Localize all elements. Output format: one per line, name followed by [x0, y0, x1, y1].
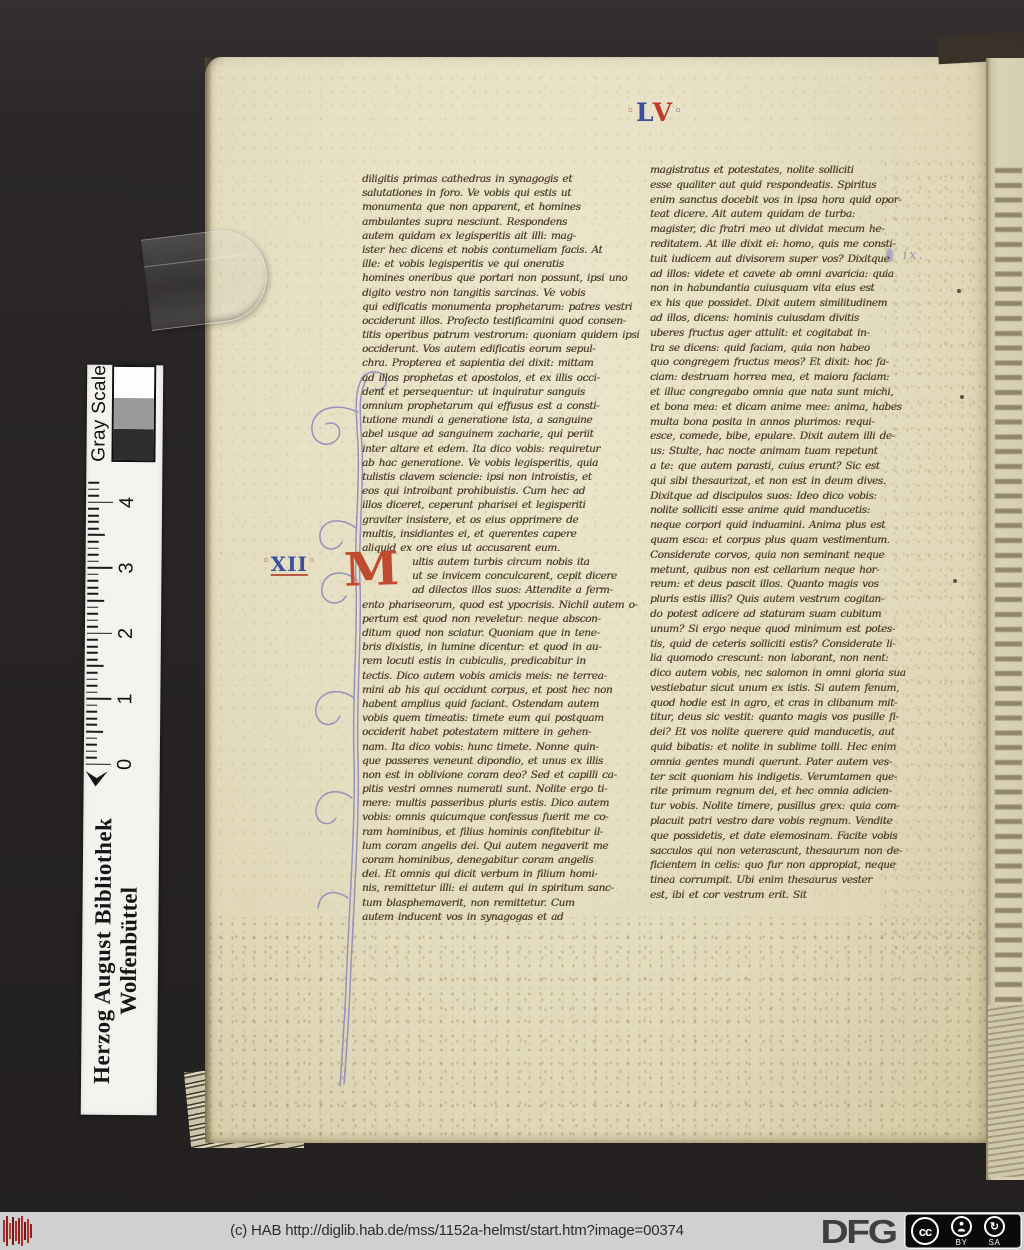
ruler-tick — [86, 698, 111, 700]
ruler-tick — [87, 619, 98, 621]
manuscript-text-line: rem locuti estis in cubiculis, predicabi… — [362, 654, 642, 668]
manuscript-text-line: Considerate corvos, quia non seminant ne… — [650, 548, 930, 563]
manuscript-text-line: occiderunt illos. Profecto testificamini… — [362, 314, 642, 328]
ruler-tick — [86, 685, 97, 687]
ruler-tick — [88, 554, 99, 556]
cc-sa-arrow-icon: ↻ — [984, 1216, 1005, 1237]
ruler-tick — [87, 665, 104, 667]
manuscript-text-line: quid bibatis: et nolite in sublime tolli… — [650, 740, 930, 755]
rubric-ring-icon: ◦ — [626, 104, 636, 119]
manuscript-text-line: tulistis clavem sciencie: ipsi non intro… — [362, 470, 642, 484]
manuscript-text-line: multis, insidiantes ei, et querentes cap… — [362, 527, 642, 541]
cc-by-label: BY — [956, 1238, 968, 1247]
marginal-note: ix. — [903, 248, 925, 263]
manuscript-text-line: dent et persequentur: ut inquiratur sang… — [362, 385, 642, 399]
manuscript-text-line: vobis quem timeatis: timete eum qui post… — [362, 711, 642, 725]
manuscript-text-line: rite primum regnum dei, et hec omnia adi… — [650, 784, 930, 799]
next-page-text-showthrough — [995, 168, 1022, 1013]
manuscript-text-line: tis, quid de ceteris solliciti estis? Co… — [650, 637, 930, 652]
manuscript-text-line: est, ibi et cor vestrum erit. Sit — [650, 888, 930, 903]
copyright-url-text: (c) HAB http://diglib.hab.de/mss/1152a-h… — [120, 1212, 794, 1250]
gray-scale-block: Gray Scale — [86, 365, 156, 463]
ruler-tick — [88, 501, 113, 503]
manuscript-text-line: esse qualiter aut quid respondeatis. Spi… — [650, 178, 930, 193]
cc-by-sa-badge: cc BY ↻ SA — [904, 1213, 1022, 1249]
manuscript-text-line: sacculos qui non veterascunt, thesaurum … — [650, 844, 930, 859]
ruler-tick — [87, 567, 112, 569]
manuscript-text-line: vestiebatur sicut unum ex istis. Si aute… — [650, 681, 930, 696]
ruler-tick — [88, 521, 99, 523]
gray-scale-label: Gray Scale — [88, 365, 111, 462]
arrow-mark-icon — [86, 771, 108, 787]
manuscript-text-line: digito vestro non tangitis sarcinas. Ve … — [362, 286, 642, 300]
manuscript-text-line: ento phariseorum, quod est ypocrisis. Ni… — [362, 598, 642, 612]
manuscript-text-line: occiderunt. Vos autem edificatis eorum s… — [362, 342, 642, 356]
manuscript-text-line: illos diceret, ceperunt pharisei et legi… — [362, 498, 642, 512]
ruler-tick — [87, 587, 98, 589]
manuscript-text-line: nolite solliciti esse anime quid manduce… — [650, 503, 930, 518]
manuscript-text-line: ambulantes supra nesciunt. Respondens — [362, 215, 642, 229]
parchment-flaw — [957, 289, 961, 293]
manuscript-text-line: lum coram angelis dei. Qui autem negaver… — [362, 839, 642, 853]
manuscript-text-line: chra. Propterea et sapientia dei dixit: … — [362, 356, 642, 370]
manuscript-text-line: titur, deus sic vestit: quanto magis vos… — [650, 710, 930, 725]
ruler-tick — [88, 560, 99, 562]
manuscript-text-line: quo congregem fructus meos? Et dixit: ho… — [650, 355, 930, 370]
manuscript-text-line: pertum est quod non reveletur: neque abs… — [362, 612, 642, 626]
ruler-tick — [86, 711, 97, 713]
chapter-number: XII — [271, 552, 308, 576]
manuscript-text-line: dico autem vobis, nec salomon in omni gl… — [650, 666, 930, 681]
manuscript-text-line: magister, dic fratri meo ut dividat mecu… — [650, 222, 930, 237]
manuscript-text-line: occiderit habet potestatem mittere in ge… — [362, 725, 642, 739]
manuscript-text-line: tum blasphemaverit, non remittetur. Cum — [362, 896, 642, 910]
manuscript-text-line: salutationes in foro. Ve vobis qui estis… — [362, 186, 642, 200]
manuscript-text-line: pluris estis illis? Quis autem vestrum c… — [650, 592, 930, 607]
institution-name: Herzog August Bibliothek — [89, 787, 118, 1115]
manuscript-text-line: dei? Et vos nolite querere quid manducet… — [650, 725, 930, 740]
manuscript-text-line: habent amplius quid faciant. Ostendam au… — [362, 697, 642, 711]
parchment-flaw — [960, 395, 964, 399]
ruler-number: 1 — [114, 689, 137, 709]
status-bar: (c) HAB http://diglib.hab.de/mss/1152a-h… — [0, 1212, 1024, 1250]
manuscript-text-line: us: Stulte, hac nocte animam tuam repetu… — [650, 444, 930, 459]
ruler-tick — [88, 508, 99, 510]
ruler-tick — [88, 541, 99, 543]
manuscript-text-line: magistratus et potestates, nolite sollic… — [650, 163, 930, 178]
manuscript-text-line: homines oneribus que portari non possunt… — [362, 271, 642, 285]
registration-bar — [12, 1217, 14, 1245]
ruler-tick — [86, 731, 103, 733]
manuscript-text-line: diligitis primas cathedras in synagogis … — [362, 172, 642, 186]
registration-bar — [6, 1216, 8, 1246]
folio-number-header: ◦LV◦ — [585, 98, 725, 127]
ruler-tick — [88, 515, 99, 517]
ruler-tick — [87, 573, 98, 575]
manuscript-text-line: mere: multis passeribus pluris estis. Di… — [362, 796, 642, 810]
cc-sa-label: SA — [989, 1238, 1001, 1247]
ruler-tick — [86, 691, 97, 693]
registration-mark-icon — [3, 1215, 32, 1247]
ruler-tick — [87, 580, 98, 582]
manuscript-text-line: et illuc congregabo omnia que nata sunt … — [650, 385, 930, 400]
ruler-tick — [87, 626, 98, 628]
manuscript-text-line: pitis vestri omnes numerati sunt. Nolite… — [362, 782, 642, 796]
folio-letter-red: V — [653, 98, 674, 127]
manuscript-text-line: qui sibi thesaurizat, et non est in deum… — [650, 474, 930, 489]
manuscript-text-line: vobis: omnis quicumque confessus fuerit … — [362, 810, 642, 824]
manuscript-text-line: quod hodie est in agro, et cras in cliba… — [650, 696, 930, 711]
manuscript-text-line: enim sanctus docebit vos in ipsa hora qu… — [650, 193, 930, 208]
manuscript-text-line: dei. Et omnis qui dicit verbum in filium… — [362, 867, 642, 881]
manuscript-text-line: abel usque ad sanguinem zacharie, qui pe… — [362, 427, 642, 441]
cc-logo-icon: cc — [911, 1217, 939, 1245]
manuscript-text-line: inter altare et edem. Ita dico vobis: re… — [362, 442, 642, 456]
gray-scale-patches — [111, 365, 156, 462]
manuscript-text-line: ad illos: videte et cavete ab omni avari… — [650, 267, 930, 282]
manuscript-text-line: qui edificatis monumenta prophetarum: pa… — [362, 300, 642, 314]
manuscript-text-line: reum: et deus pascit illos. Quanto magis… — [650, 577, 930, 592]
manuscript-text-line: ab hac generatione. Ve vobis legisperiti… — [362, 456, 642, 470]
text-column-b: magistratus et potestates, nolite sollic… — [650, 163, 930, 908]
ruler-tick — [88, 482, 99, 484]
manuscript-text-line: placuit patri vestro dare vobis regnum. … — [650, 814, 930, 829]
manuscript-text-line: a te: que autem parasti, cuius erunt? Si… — [650, 459, 930, 474]
manuscript-text-line: autem quidam ex legisperitis ait illi: m… — [362, 229, 642, 243]
ruler-tick — [88, 547, 99, 549]
manuscript-text-line: que possidetis, et date elemosinam. Faci… — [650, 829, 930, 844]
registration-bar — [30, 1224, 32, 1238]
cc-by-person-icon — [951, 1216, 972, 1237]
ruler-tick — [88, 528, 99, 530]
manuscript-text-line: nis, remittetur illi: ei autem qui in sp… — [362, 881, 642, 895]
ruler-tick — [87, 593, 98, 595]
manuscript-text-line: unum? Si ergo neque quod minimum est pot… — [650, 622, 930, 637]
manuscript-text-line: tinea corrumpit. Ubi enim thesaurus vest… — [650, 873, 930, 888]
manuscript-text-line: ad illos, dicens: hominis cuiusdam divit… — [650, 311, 930, 326]
ruler-tick — [87, 659, 98, 661]
manuscript-text-line: tur vobis. Nolite timere, pusillus grex:… — [650, 799, 930, 814]
registration-bar — [9, 1223, 11, 1239]
ruler-tick — [86, 724, 97, 726]
chapter-number-marker: ◦XII◦ — [262, 552, 317, 576]
ruler-number: 0 — [114, 754, 137, 774]
manuscript-text-line: aliquid ex ore eius ut accusarent eum. — [362, 541, 642, 555]
ruler-number: 4 — [116, 492, 139, 512]
manuscript-text-line: monumenta que non apparent, et homines — [362, 200, 642, 214]
rubric-ring-icon: ◦ — [674, 104, 684, 119]
ruler-tick — [88, 488, 99, 490]
rubric-ring-icon: ◦ — [262, 554, 271, 569]
registration-bar — [24, 1222, 26, 1240]
ruler-tick — [87, 600, 104, 602]
registration-bar — [27, 1219, 29, 1243]
registration-bar — [18, 1218, 20, 1244]
calibration-strip: Herzog August Bibliothek Wolfenbüttel 01… — [81, 365, 164, 1116]
manuscript-text-line: ditum quod non sciatur. Quoniam que in t… — [362, 626, 642, 640]
illuminated-initial: M — [343, 545, 400, 593]
ruler-number: 3 — [115, 558, 138, 578]
manuscript-text-line: neque corpori quid induamini. Anima plus… — [650, 518, 930, 533]
institution-label: Herzog August Bibliothek Wolfenbüttel — [81, 786, 144, 1115]
ruler-tick — [87, 646, 98, 648]
gray-scale-patch — [113, 429, 153, 460]
manuscript-text-line: et bona mea: et dicam anime mee: anima, … — [650, 400, 930, 415]
text-column-a: diligitis primas cathedras in synagogis … — [362, 172, 642, 928]
ruler-tick — [86, 757, 97, 759]
ruler-tick — [86, 744, 97, 746]
manuscript-text-line: teat dicere. Ait autem quidam de turba: — [650, 207, 930, 222]
ruler-tick — [87, 639, 98, 641]
ruler-tick — [87, 632, 112, 634]
manuscript-text-line: bris dixistis, in lumine dicentur: et qu… — [362, 640, 642, 654]
registration-bar — [3, 1220, 5, 1242]
manuscript-text-line: ter scit quoniam his indigetis. Verumtam… — [650, 770, 930, 785]
ruler-tick — [88, 495, 99, 497]
registration-bar — [21, 1216, 23, 1246]
dfg-logo: DFG — [821, 1213, 896, 1250]
manuscript-text-line: non est in oblivione coram deo? Sed et c… — [362, 768, 642, 782]
screenshot-root: { "statusbar": { "copyright": "(c) HAB h… — [0, 0, 1024, 1250]
manuscript-text-line: ad illos prophetas et apostolos, et ex i… — [362, 371, 642, 385]
manuscript-text-line: non in habundantia cuiusquam vita eius e… — [650, 281, 930, 296]
cm-ruler: 01234 — [84, 466, 163, 766]
ruler-tick — [87, 678, 98, 680]
manuscript-text-line: multa bona posita in annos plurimos: req… — [650, 415, 930, 430]
manuscript-text-line: ciam: destruam horrea mea, et maiora fac… — [650, 370, 930, 385]
ruler-tick — [87, 672, 98, 674]
ruler-tick — [88, 534, 105, 536]
institution-city: Wolfenbüttel — [115, 787, 144, 1115]
manuscript-text-line: lia quomodo crescunt: non laborant, non … — [650, 651, 930, 666]
manuscript-text-line: ficientem in celis: quo fur non appropia… — [650, 858, 930, 873]
manuscript-text-line: que passeres veneunt dipondio, et unus e… — [362, 754, 642, 768]
ink-smudge — [886, 248, 893, 262]
manuscript-text-line: mini ab his qui occidunt corpus, et post… — [362, 683, 642, 697]
rubric-ring-icon: ◦ — [308, 554, 317, 569]
manuscript-text-line: eos qui introibant prohibuistis. Cum hec… — [362, 484, 642, 498]
ruler-tick — [87, 652, 98, 654]
ruler-tick — [86, 763, 111, 765]
manuscript-text-line: nam. Ita dico vobis: hunc timete. Nonne … — [362, 740, 642, 754]
manuscript-text-line: ad dilectos illos suos: Attendite a ferm… — [362, 583, 642, 597]
manuscript-text-line: autem inducent vos in synagogas et ad — [362, 910, 642, 924]
gray-scale-patch — [114, 398, 154, 429]
manuscript-text-line: titis operibus patrum vestrorum: quoniam… — [362, 328, 642, 342]
manuscript-text-line: coram hominibus, denegabitur coram angel… — [362, 853, 642, 867]
manuscript-text-line: Dixitque ad discipulos suos: Ideo dico v… — [650, 489, 930, 504]
manuscript-text-line: do potest adicere ad staturam suam cubit… — [650, 607, 930, 622]
manuscript-text-line: omnium prophetarum qui effusus est a con… — [362, 399, 642, 413]
manuscript-text-line: ex his que possidet. Dixit autem similit… — [650, 296, 930, 311]
gray-scale-patch — [114, 367, 154, 398]
fore-edge-page-stack — [988, 1005, 1024, 1177]
manuscript-text-line: ut se invicem conculcarent, cepit dicere — [362, 569, 642, 583]
ruler-tick — [86, 718, 97, 720]
ruler-tick — [86, 737, 97, 739]
manuscript-text-line: metunt, quibus non est cellarium neque h… — [650, 563, 930, 578]
manuscript-text-line: ille: et vobis legisperitis ve qui onera… — [362, 257, 642, 271]
manuscript-text-line: esce, comede, bibe, epulare. Dixit autem… — [650, 429, 930, 444]
ruler-tick — [86, 750, 97, 752]
manuscript-text-line: tectis. Dico autem vobis amicis meis: ne… — [362, 669, 642, 683]
ruler-tick — [87, 613, 98, 615]
manuscript-text-line: ister hec dicens et nobis contumeliam fa… — [362, 243, 642, 257]
manuscript-text-line: tutione mundi a generatione ista, a sang… — [362, 413, 642, 427]
ruler-tick — [87, 606, 98, 608]
parchment-flaw — [953, 579, 957, 583]
registration-bar — [15, 1221, 17, 1241]
manuscript-text-line: graviter insistere, et os eius opprimere… — [362, 513, 642, 527]
manuscript-text-line: ram hominibus, et filius hominis confite… — [362, 825, 642, 839]
manuscript-text-line: quam esca: et corpus plus quam vestiment… — [650, 533, 930, 548]
manuscript-text-line: tra se dicens: quid faciam, quia non hab… — [650, 341, 930, 356]
folio-letter-blue: L — [636, 98, 653, 127]
manuscript-text-line: omnia gentes mundi querunt. Pater autem … — [650, 755, 930, 770]
manuscript-text-line: ultis autem turbis circum nobis ita — [362, 555, 642, 569]
ruler-number: 2 — [115, 623, 138, 643]
ruler-tick — [86, 704, 97, 706]
manuscript-text-line: uberes fructus ager attulit: et cogitaba… — [650, 326, 930, 341]
